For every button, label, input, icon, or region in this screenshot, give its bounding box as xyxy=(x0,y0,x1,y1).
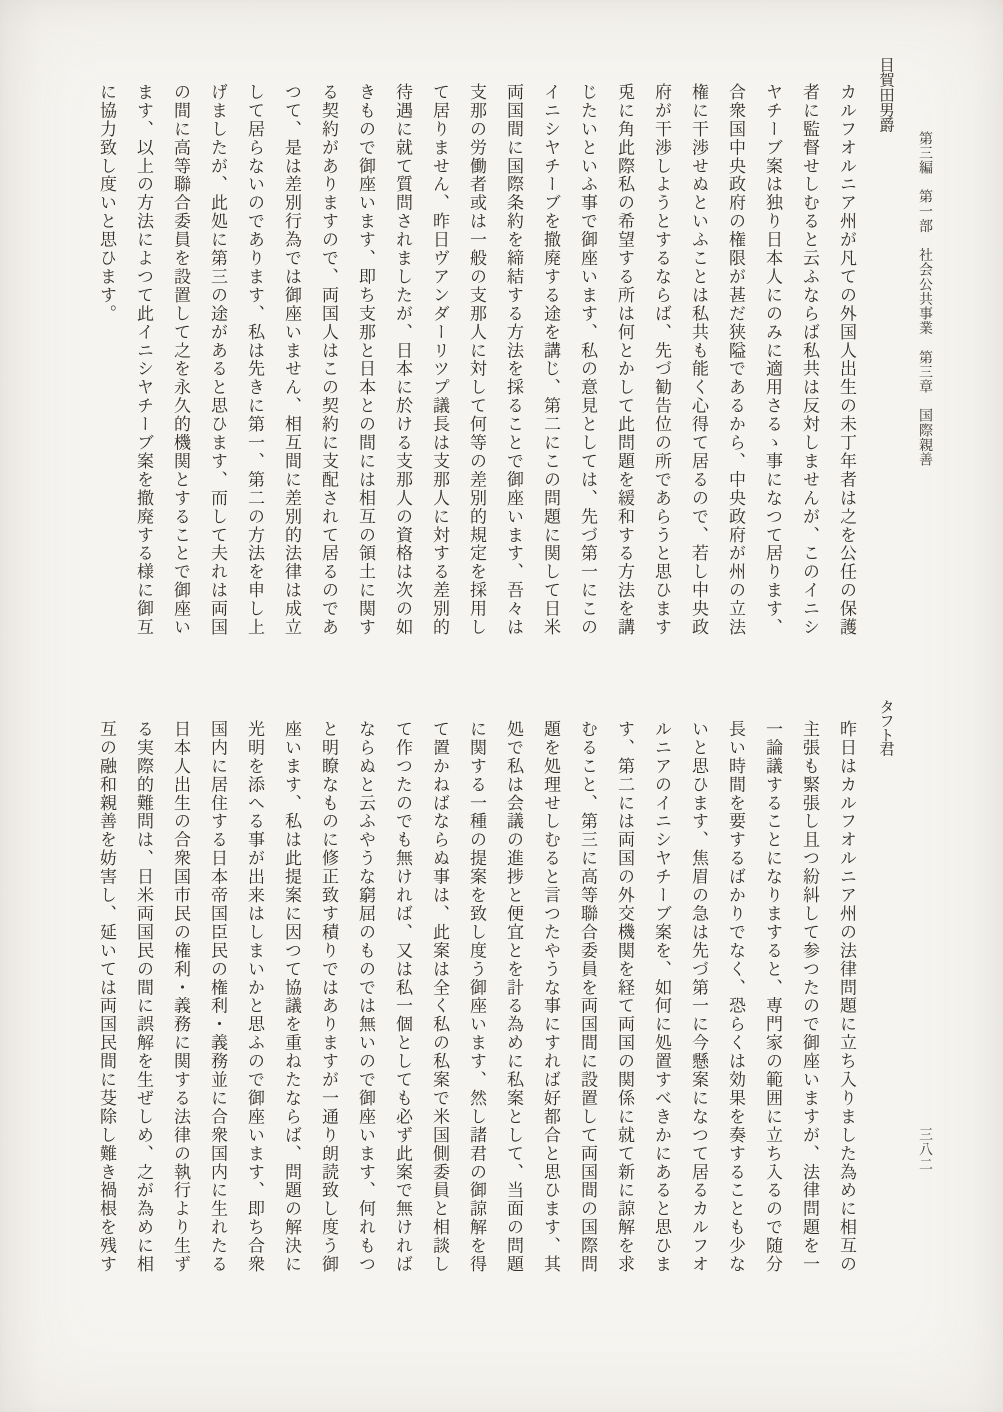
text-column: イニシヤチーブを撤廃する途を講じ、第二にこの問題に関して日米 xyxy=(532,83,569,651)
text-column: 者に監督せしむると云ふならば私共は反対しませんが、このイニシ xyxy=(791,83,828,651)
text-column: 兎に角此際私の希望する所は何とかして此問題を緩和する方法を講 xyxy=(606,83,643,651)
text-column: て置かねばならぬ事は、此案は全く私の私案で米国側委員と相談し xyxy=(421,720,458,1288)
text-column: むること、第三に高等聯合委員を両国間に設置して両国間の国際問 xyxy=(569,720,606,1288)
text-column: 座います、私は此提案に因つて協議を重ねたならば、問題の解決に xyxy=(273,720,310,1288)
book-page: 第三編 第一部 社会公共事業 第三章 国際親善 目賀田男爵 カルフオルニア州が凡… xyxy=(0,0,1003,1412)
text-column: 権に干渉せぬといふことは私共も能く心得て居るので、若し中央政 xyxy=(680,83,717,651)
text-column: 処で私は会議の進捗と便宜とを計る為めに私案として、当面の問題 xyxy=(495,720,532,1288)
text-column: る実際的難問は、日米両国民の間に誤解を生ぜしめ、之が為めに相 xyxy=(125,720,162,1288)
page-number: 三八二 xyxy=(914,1127,934,1172)
text-column: の間に高等聯合委員を設置して之を永久的機関とすることで御座い xyxy=(162,83,199,651)
speaker-heading-megata: 目賀田男爵 xyxy=(874,57,896,132)
text-column: つて、是は差別行為では御座いません、相互間に差別的法律は成立 xyxy=(273,83,310,651)
text-column: す、第二には両国の外交機関を経て両国の関係に就て新に諒解を求 xyxy=(606,720,643,1288)
text-column: じたいといふ事で御座います、私の意見としては、先づ第一にこの xyxy=(569,83,606,651)
text-column: 国内に居住する日本帝国臣民の権利・義務並に合衆国内に生れたる xyxy=(199,720,236,1288)
text-column: 光明を添へる事が出来はしまいかと思ふので御座います、即ち合衆 xyxy=(236,720,273,1288)
running-header: 第三編 第一部 社会公共事業 第三章 国際親善 xyxy=(914,131,934,467)
speaker-heading-taft: タフト君 xyxy=(874,699,896,755)
text-column: に協力致し度いと思ひます。 xyxy=(88,83,125,651)
text-column: カルフオルニア州が凡ての外国人出生の未丁年者は之を公任の保護 xyxy=(828,83,865,651)
text-column: 合衆国中央政府の権限が甚だ狭隘であるから、中央政府が州の立法 xyxy=(717,83,754,651)
text-column: 昨日はカルフオルニア州の法律問題に立ち入りました為めに相互の xyxy=(828,720,865,1288)
text-column: と明瞭なものに修正致す積りではありますが一通り朗読致し度う御 xyxy=(310,720,347,1288)
text-column: 府が干渉しようとするならば、先づ勧告位の所であらうと思ひます xyxy=(643,83,680,651)
text-column: 待遇に就て質問されましたが、日本に於ける支那人の資格は次の如 xyxy=(384,83,421,651)
text-column: に関する一種の提案を致し度う御座います、然し諸君の御諒解を得 xyxy=(458,720,495,1288)
text-column: 主張も緊張し且つ紛糾して参つたので御座いますが、法律問題を一 xyxy=(791,720,828,1288)
text-column: 互の融和親善を妨害し、延いては両国民間に芟除し難き禍根を残す xyxy=(88,720,125,1288)
text-column: ヤチーブ案は独り日本人にのみに適用さるゝ事になつて居ります、 xyxy=(754,83,791,651)
text-column: て居りません、昨日ヴアンダーリツプ議長は支那人に対する差別的 xyxy=(421,83,458,651)
text-column: 支那の労働者或は一般の支那人に対して何等の差別的規定を採用し xyxy=(458,83,495,651)
text-column: 一論議することになりますると、専門家の範囲に立ち入るので随分 xyxy=(754,720,791,1288)
text-column: ならぬと云ふやうな窮屈のものでは無いので御座います、何れもつ xyxy=(347,720,384,1288)
speech-text-taft: 昨日はカルフオルニア州の法律問題に立ち入りました為めに相互の主張も緊張し且つ紛糾… xyxy=(88,720,865,1288)
text-column: いと思ひます、焦眉の急は先づ第一に今懸案になつて居るカルフオ xyxy=(680,720,717,1288)
speech-text-megata: カルフオルニア州が凡ての外国人出生の未丁年者は之を公任の保護者に監督せしむると云… xyxy=(88,83,865,651)
text-column: 両国間に国際条約を締結する方法を採ることで御座います、吾々は xyxy=(495,83,532,651)
text-column: 日本人出生の合衆国市民の権利・義務に関する法律の執行より生ず xyxy=(162,720,199,1288)
text-column: ルニアのイニシヤチーブ案を、如何に処置すべきかにあると思ひま xyxy=(643,720,680,1288)
text-column: る契約がありますので、両国人はこの契約に支配されて居るのであ xyxy=(310,83,347,651)
text-column: げましたが、此処に第三の途があると思ひます、而して夫れは両国 xyxy=(199,83,236,651)
text-column: ます、以上の方法によつて此イニシヤチーブ案を撤廃する様に御互 xyxy=(125,83,162,651)
text-column: て作つたのでも無ければ、又は私一個としても必ず此案で無ければ xyxy=(384,720,421,1288)
text-column: 長い時間を要するばかりでなく、恐らくは効果を奏することも少な xyxy=(717,720,754,1288)
text-column: して居らないのであります、私は先きに第一、第二の方法を申し上 xyxy=(236,83,273,651)
text-column: きもので御座います、即ち支那と日本との間には相互の領土に関す xyxy=(347,83,384,651)
text-column: 題を処理せしむると言つたやうな事にすれば好都合と思ひます、其 xyxy=(532,720,569,1288)
